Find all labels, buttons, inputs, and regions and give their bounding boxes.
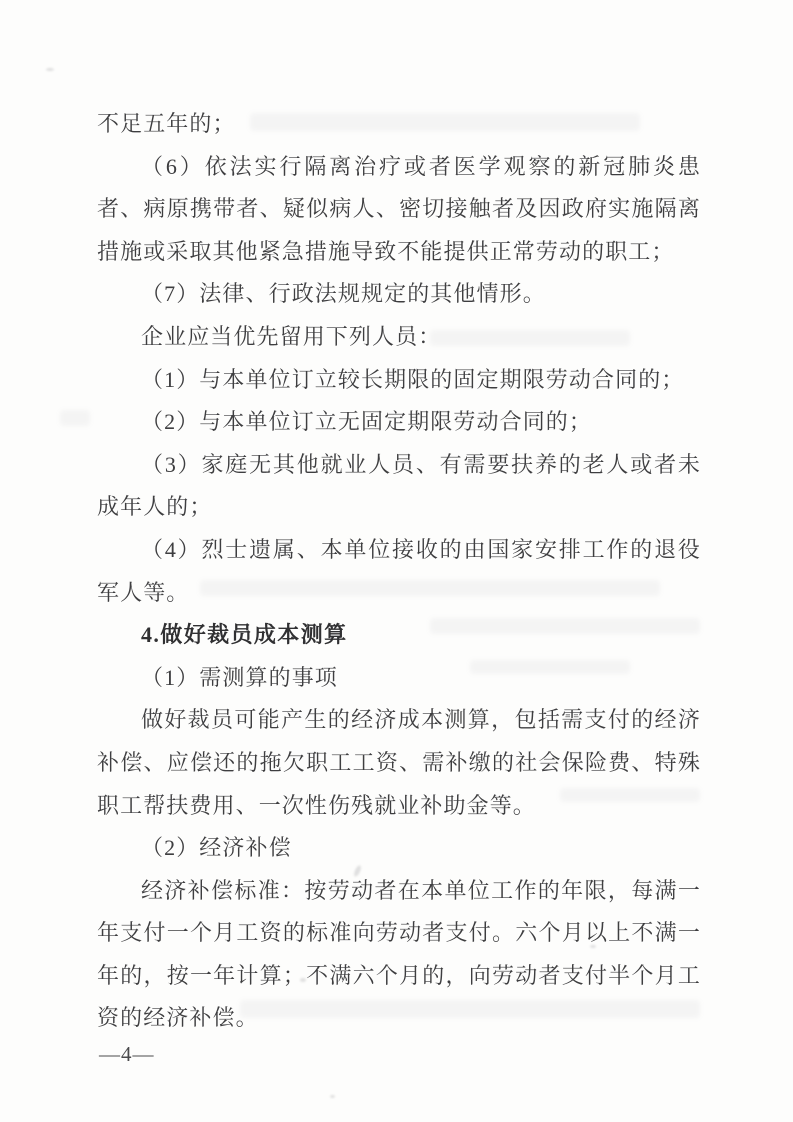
scan-artifact (46, 68, 54, 71)
page-number: —4— (99, 1042, 155, 1067)
scan-artifact (60, 410, 90, 426)
scan-artifact (330, 1095, 335, 1098)
paragraph: （3）家庭无其他就业人员、有需要扶养的老人或者未成年人的； (97, 444, 701, 529)
paragraph: （1）与本单位订立较长期限的固定期限劳动合同的； (97, 359, 701, 402)
paragraph: （7）法律、行政法规规定的其他情形。 (97, 273, 701, 316)
document-body: 不足五年的；（6）依法实行隔离治疗或者医学观察的新冠肺炎患者、病原携带者、疑似病… (97, 103, 701, 1040)
paragraph: 经济补偿标准：按劳动者在本单位工作的年限，每满一年支付一个月工资的标准向劳动者支… (97, 870, 701, 1040)
paragraph: （6）依法实行隔离治疗或者医学观察的新冠肺炎患者、病原携带者、疑似病人、密切接触… (97, 146, 701, 274)
paragraph: （2）与本单位订立无固定期限劳动合同的； (97, 401, 701, 444)
paragraph: 企业应当优先留用下列人员： (97, 316, 701, 359)
section-heading: 4.做好裁员成本测算 (97, 614, 701, 657)
scanned-document-page: 不足五年的；（6）依法实行隔离治疗或者医学观察的新冠肺炎患者、病原携带者、疑似病… (0, 0, 793, 1122)
paragraph: 不足五年的； (97, 103, 701, 146)
paragraph: （4）烈士遗属、本单位接收的由国家安排工作的退役军人等。 (97, 529, 701, 614)
paragraph: 做好裁员可能产生的经济成本测算，包括需支付的经济补偿、应偿还的拖欠职工工资、需补… (97, 699, 701, 827)
paragraph: （2）经济补偿 (97, 827, 701, 870)
paragraph: （1）需测算的事项 (97, 657, 701, 700)
